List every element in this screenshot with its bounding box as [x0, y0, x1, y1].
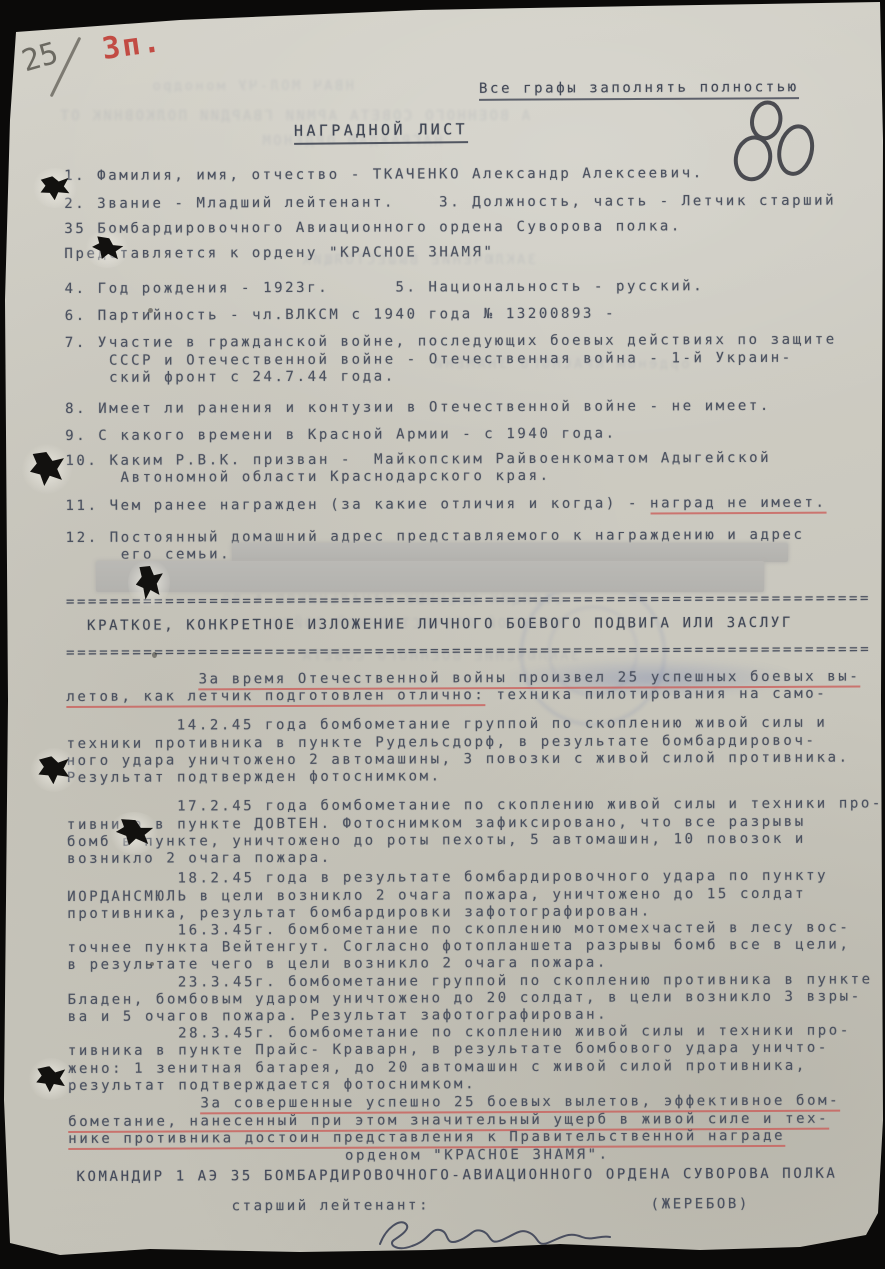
- typed-line: жено: 1 зенитная батарея, до 20 автомаши…: [68, 1057, 885, 1078]
- typed-line: результат подтверждается фотоснимком.: [68, 1074, 885, 1095]
- speck: [152, 652, 157, 658]
- typed-block: ========================================…: [66, 641, 884, 662]
- bleedthrough-text: НВАЧ МОЛ-ЧУ монодро: [150, 78, 354, 94]
- typed-line: Результат подтвержден фотоснимком.: [67, 766, 885, 787]
- typed-block: 11. Чем ранее награжден (за какие отличи…: [65, 494, 883, 515]
- typed-line: ========================================…: [66, 641, 884, 662]
- typed-line: 11. Чем ранее награжден (за какие отличи…: [65, 494, 883, 515]
- typed-block: 18.2.45 года в результате бомбардировочн…: [67, 868, 885, 923]
- typed-block: 28.3.45г. бомбометание по скоплению живо…: [68, 1023, 885, 1095]
- typed-line: 4. Год рождения - 1923г. 5. Национальнос…: [65, 277, 883, 298]
- typed-line: Бладен, бомбовым ударом уничтожено до 20…: [68, 988, 885, 1009]
- typed-block: Представляется к ордену "КРАСНОЕ ЗНАМЯ": [64, 242, 882, 263]
- typed-line: КРАТКОЕ, КОНКРЕТНОЕ ИЗЛОЖЕНИЕ ЛИЧНОГО БО…: [87, 614, 884, 635]
- pencil-page-number: 25: [18, 36, 62, 80]
- red-underlined-text: нике противника достоин представления к …: [68, 1128, 785, 1150]
- typed-block: 6. Партийность - чл.ВЛКСМ с 1940 года № …: [65, 304, 883, 325]
- typed-block: КРАТКОЕ, КОНКРЕТНОЕ ИЗЛОЖЕНИЕ ЛИЧНОГО БО…: [87, 614, 884, 635]
- typed-block: За время Отечественной войны произвел 25…: [66, 668, 884, 706]
- typed-line: Автономной области Краснодарского края.: [65, 467, 883, 488]
- typed-block: 8. Имеет ли ранения и контузии в Отечест…: [65, 397, 883, 418]
- typed-block: 14.2.45 года бомбометание группой по ско…: [66, 715, 884, 787]
- redaction-bar: [96, 561, 764, 592]
- typed-line: возникло 2 очага пожара.: [67, 847, 885, 868]
- red-pencil-note: Зп.: [100, 24, 164, 67]
- typed-line: летов, как летчик подготовлен отлично: т…: [66, 685, 884, 706]
- typed-line: 8. Имеет ли ранения и контузии в Отечест…: [65, 397, 883, 418]
- typed-line: 35 Бомбардировочного Авиационного ордена…: [64, 217, 882, 238]
- redaction-bar: [232, 543, 788, 562]
- typed-line: Представляется к ордену "КРАСНОЕ ЗНАМЯ": [64, 242, 882, 263]
- scanned-award-document: { "header": { "note": "Все графы заполня…: [0, 0, 885, 1269]
- signature-scrawl: [372, 1206, 662, 1268]
- typed-line: ========================================…: [66, 590, 884, 611]
- typed-block: КОМАНДИР 1 АЭ 35 БОМБАРДИРОВОЧНОГО-АВИАЦ…: [76, 1165, 885, 1186]
- typed-block: ========================================…: [66, 590, 884, 611]
- typed-line: КОМАНДИР 1 АЭ 35 БОМБАРДИРОВОЧНОГО-АВИАЦ…: [76, 1165, 885, 1186]
- paper-sheet: НВАЧ МОЛ-ЧУ монодроА ВОЕННОГО СОВЕТА АРМ…: [0, 0, 885, 1269]
- typed-line: нике противника достоин представления к …: [68, 1127, 885, 1148]
- typed-block: 35 Бомбардировочного Авиационного ордена…: [64, 217, 882, 238]
- typed-block: 23.3.45г. бомбометание группой по скопле…: [68, 971, 885, 1026]
- typed-line: СССР и Отечественной войне - Отечественн…: [65, 349, 883, 370]
- typed-content: 1. Фамилия, имя, отчество - ТКАЧЕНКО Але…: [64, 156, 885, 1216]
- red-underlined-text: наград не имеет.: [650, 495, 827, 515]
- typed-block: 16.3.45г. бомбометание по скоплению мото…: [67, 919, 885, 974]
- typed-line: 6. Партийность - чл.ВЛКСМ с 1940 года № …: [65, 304, 883, 325]
- speck: [150, 962, 154, 966]
- typed-block: 10. Каким Р.В.К. призван - Майкопским Ра…: [65, 449, 883, 488]
- typed-block: 4. Год рождения - 1923г. 5. Национальнос…: [65, 277, 883, 298]
- typed-line: бомб в пункте, уничтожено до роты пехоты…: [67, 830, 885, 851]
- handwritten-sheet-number: [733, 92, 829, 202]
- typed-line: ного удара уничтожено 2 автомашины, 3 по…: [67, 749, 885, 770]
- typed-block: 7. Участие в гражданской войне, последую…: [65, 331, 883, 387]
- typed-block: За совершенные успешно 25 боевых вылетов…: [68, 1093, 885, 1148]
- typed-line: 9. С какого времени в Красной Армии - с …: [65, 424, 883, 445]
- typed-block: 17.2.45 года бомбометание по скоплению ж…: [67, 796, 885, 868]
- typed-block: 9. С какого времени в Красной Армии - с …: [65, 424, 883, 445]
- typed-line: ский фронт с 24.7.44 года.: [65, 367, 883, 388]
- typed-line: ИОРДАНСМЮЛЬ в цели возникло 2 очага пожа…: [67, 885, 885, 906]
- speck: [148, 308, 153, 313]
- red-underlined-text: летов, как летчик подготовлен отлично:: [66, 687, 485, 708]
- document-title: НАГРАДНОЙ ЛИСТ: [294, 120, 468, 145]
